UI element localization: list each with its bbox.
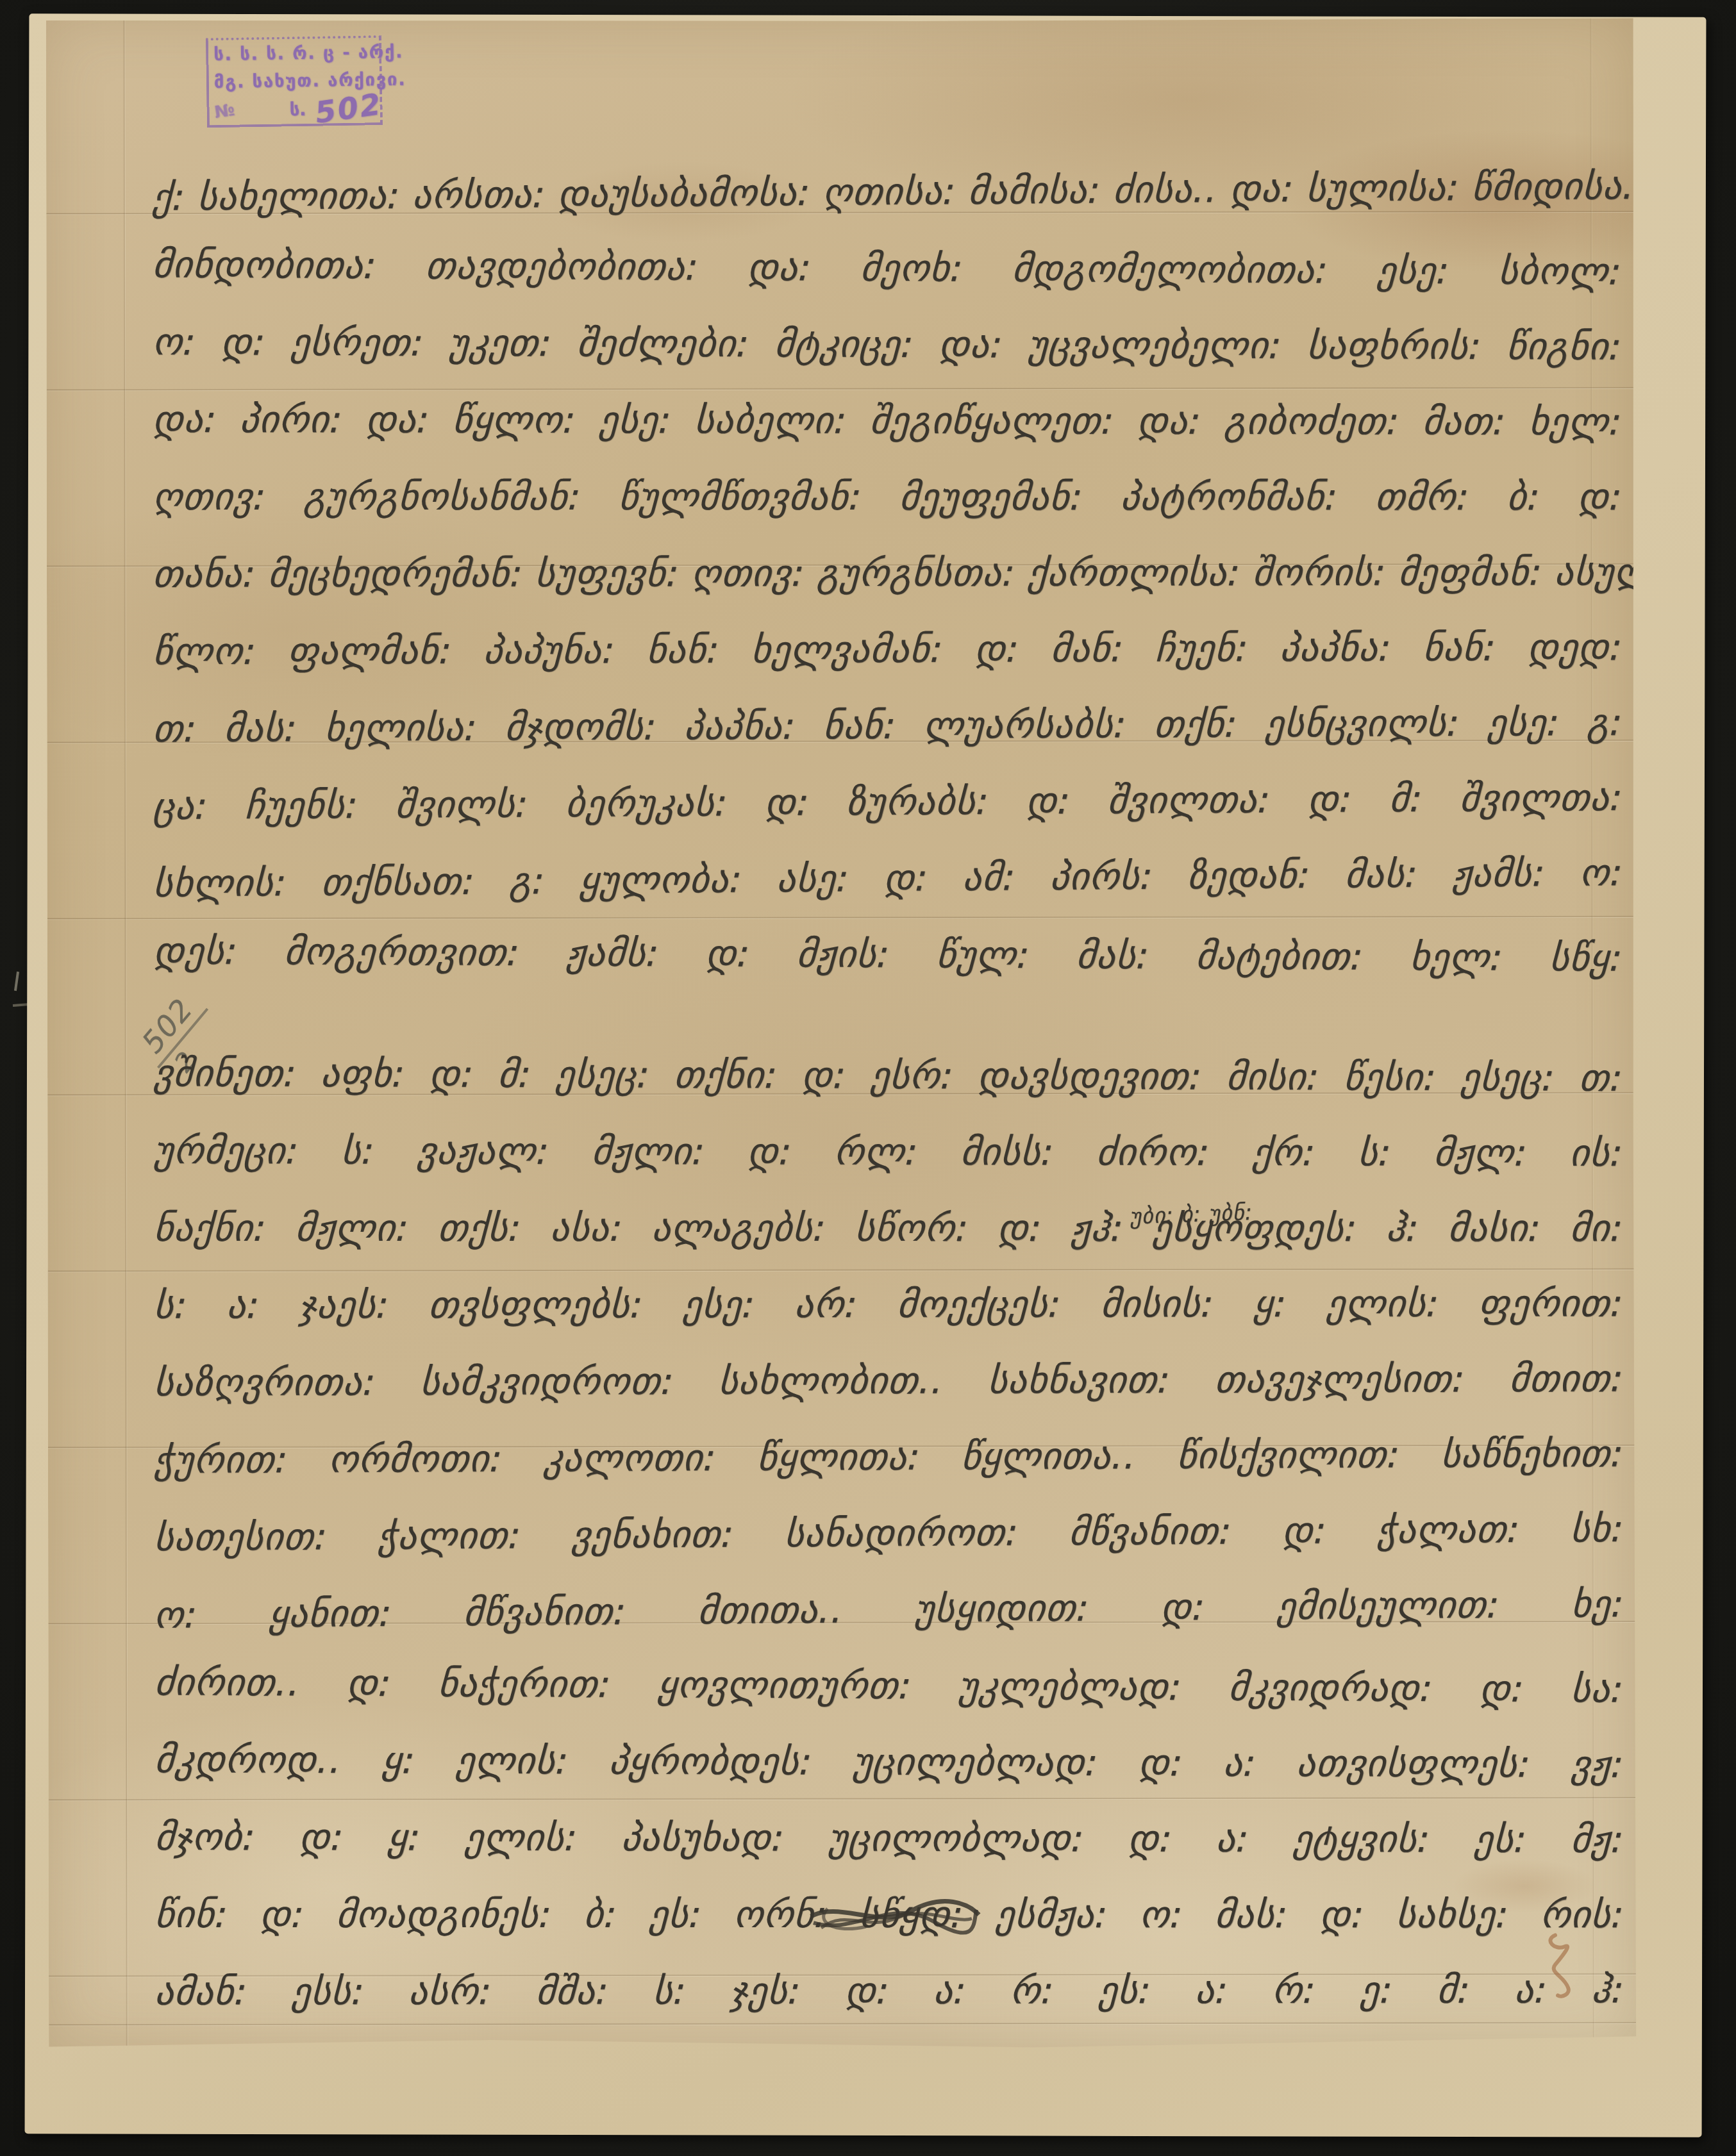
manuscript-line-9: ცა: ჩუენს: შვილს: ბერუკას: დ: ზურაბს: დ:… — [151, 759, 1624, 845]
manuscript-line-24: ამან: ესს: ასრ: მშა: ს: ჯეს: დ: ა: რ: ეს… — [153, 1952, 1626, 2030]
manuscript-line-19: ო: ყანით: მწვანით: მთითა.. უსყიდით: დ: ე… — [153, 1566, 1626, 1654]
manuscript-line-11: დეს: მოგერთვით: ჟამს: დ: მჟის: წულ: მას:… — [152, 913, 1625, 996]
stamp-line-3: № ს. 502 — [214, 97, 374, 121]
stamp-series-letter: ს. — [290, 100, 306, 120]
interlinear-insertion: უბი: ბ: უბნ: — [1130, 1200, 1253, 1230]
manuscript-line-2: მინდობითა: თავდებობითა: და: მეოხ: მდგომე… — [151, 226, 1624, 310]
manuscript-line-3: ო: დ: ესრეთ: უკეთ: შეძლები: მტკიცე: და: … — [151, 304, 1624, 385]
manuscript-page: ს. ს. ს. რ. ც - არქ. მგ. სახუთ. არქივი. … — [46, 18, 1636, 2050]
manuscript-line-10: სხლის: თქნსათ: გ: ყულობა: ასე: დ: ამ: პი… — [152, 834, 1625, 922]
manuscript-line-14: ნაქნი: მჟლი: თქს: ასა: ალაგებს: სწორ: დ:… — [152, 1190, 1625, 1266]
stamp-number: 502 — [314, 93, 384, 124]
manuscript-line-7: წლო: ფალმან: პაპუნა: ნან: ხელვამან: დ: მ… — [151, 609, 1624, 690]
manuscript-line-13: ურმეცი: ს: ვაჟალ: მჟლი: დ: რლ: მისს: ძირ… — [152, 1113, 1625, 1191]
manuscript-text: ქ: სახელითა: არსთა: დაუსაბამოსა: ღთისა: … — [153, 153, 1624, 2030]
manuscript-line-23: წინ: დ: მოადგინეს: ბ: ეს: ორნ: სწყდ: ესმ… — [153, 1877, 1626, 1953]
manuscript-line-5: ღთივ: გურგნოსანმან: წულმწთვმან: მეუფემან… — [151, 459, 1624, 535]
scan-background: { "stamp": { "line1": "ს. ს. ს. რ. ც - ა… — [0, 0, 1736, 2156]
manuscript-line-20: ძირით.. დ: ნაჭერით: ყოვლითურთ: უკლებლად:… — [153, 1644, 1626, 1727]
manuscript-line-17: ჭურით: ორმოთი: კალოთი: წყლითა: წყლითა.. … — [153, 1416, 1626, 1498]
manuscript-line-4: და: პირი: და: წყლო: ესე: საბელი: შეგიწყა… — [151, 381, 1624, 460]
scanner-mark — [14, 972, 19, 991]
manuscript-line-21: მკდროდ.. ყ: ელის: პყრობდეს: უცილებლად: დ… — [153, 1721, 1626, 1803]
manuscript-line-6: თანა: მეცხედრემან: სუფევნ: ღთივ: გურგნსთ… — [151, 534, 1624, 612]
manuscript-line-18: სათესით: ჭალით: ვენახით: სანადიროთ: მწვა… — [153, 1491, 1626, 1576]
vertical-crease — [123, 21, 128, 2051]
stamp-line-1: ს. ს. ს. რ. ც - არქ. — [213, 42, 374, 65]
manuscript-line-16: საზღვრითა: სამკვიდროთ: სახლობით.. სახნავ… — [153, 1340, 1626, 1421]
manuscript-line-15: ს: ა: ჯაეს: თვსფლებს: ესე: არ: მოექცეს: … — [153, 1265, 1626, 1343]
manuscript-line-12: ვშინეთ: აფხ: დ: მ: ესეც: თქნი: დ: ესრ: დ… — [152, 1035, 1625, 1116]
manuscript-line-8: თ: მას: ხელისა: მჯდომს: პაპნა: ნან: ლუარ… — [151, 684, 1624, 767]
stamp-line-2: მგ. სახუთ. არქივი. — [214, 70, 374, 92]
manuscript-line-22: მჯობ: დ: ყ: ელის: პასუხად: უცილობლად: დ:… — [153, 1799, 1626, 1878]
archive-stamp: ს. ს. ს. რ. ც - არქ. მგ. სახუთ. არქივი. … — [206, 35, 383, 128]
manuscript-line-1: ქ: სახელითა: არსთა: დაუსაბამოსა: ღთისა: … — [151, 148, 1624, 236]
numero-sign: № — [213, 101, 236, 122]
